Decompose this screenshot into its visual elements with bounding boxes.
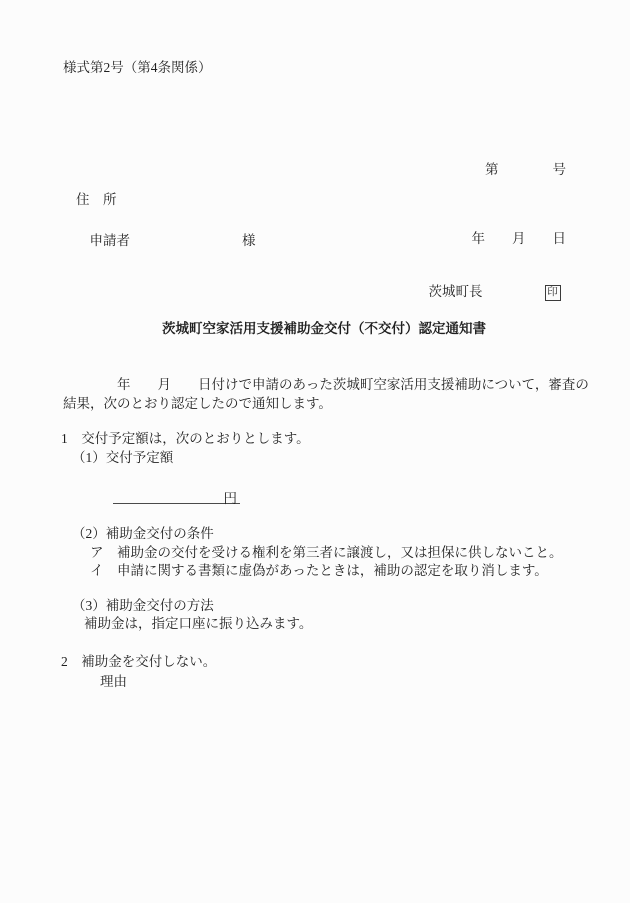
sub3-text: 補助金は，指定口座に振り込みます。: [84, 615, 312, 633]
item2-heading: 2 補助金を交付しない。: [61, 653, 216, 671]
amount-unit: 円: [224, 491, 238, 506]
sub3-label: （3）補助金交付の方法: [72, 597, 214, 615]
doc-number-line: 第 号: [472, 158, 567, 181]
notice-document-page: 様式第2号（第4条関係） 第 号 年 月 日 住 所 申請者様 茨城町長印 茨城…: [0, 0, 630, 903]
body-paragraph-line1: 年 月 日付けで申請のあった茨城町空家活用支援補助について，審査の: [63, 376, 589, 394]
issuer-name: 茨城町長: [429, 284, 483, 299]
sub1-label: （1）交付予定額: [72, 449, 173, 467]
recipient-applicant-label: 申請者: [90, 233, 131, 248]
amount-blank-field: 円: [113, 487, 240, 504]
body-paragraph-line2: 結果，次のとおり認定したので通知します。: [63, 395, 332, 413]
document-title: 茨城町空家活用支援補助金交付（不交付）認定通知書: [0, 317, 630, 337]
recipient-honorific: 様: [242, 232, 256, 250]
recipient-address-label: 住 所: [76, 191, 117, 209]
reason-label: 理由: [100, 673, 127, 691]
form-number: 様式第2号（第4条関係）: [63, 59, 212, 77]
condition-b: イ 申請に関する書類に虚偽があったときは，補助の認定を取り消します。: [90, 562, 548, 580]
date-line: 年 月 日: [472, 227, 567, 250]
seal-mark-icon: 印: [545, 285, 561, 301]
issuer-line: 茨城町長印: [415, 265, 561, 283]
sub2-label: （2）補助金交付の条件: [72, 525, 214, 543]
recipient-applicant-line: 申請者様: [76, 214, 256, 232]
condition-a: ア 補助金の交付を受ける権利を第三者に譲渡し，又は担保に供しないこと。: [90, 544, 563, 562]
item1-heading: 1 交付予定額は，次のとおりとします。: [61, 430, 310, 448]
